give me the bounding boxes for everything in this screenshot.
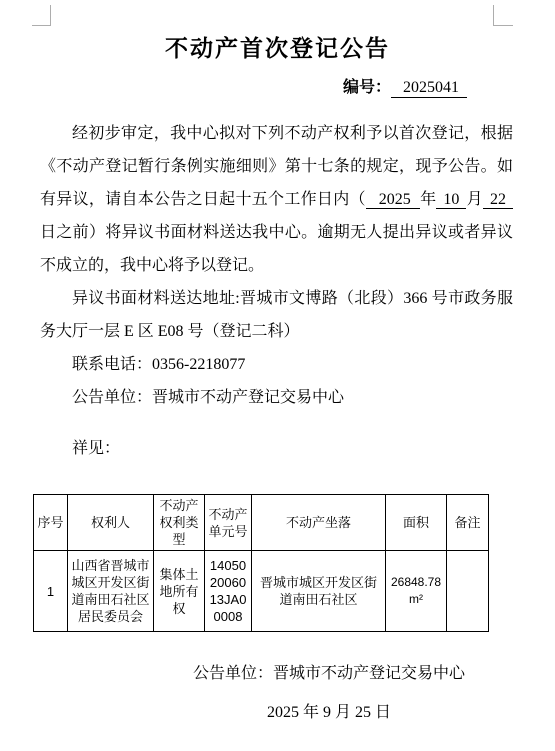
month-unit: 月 <box>466 191 483 208</box>
paragraph-phone: 联系电话：0356-2218077 <box>40 348 513 381</box>
header-note: 备注 <box>447 495 489 551</box>
header-area: 面积 <box>386 495 447 551</box>
paragraph-address: 异议书面材料送达地址:晋城市文博路（北段）366 号市政务服务大厅一层 E 区 … <box>40 282 513 348</box>
header-unit-no: 不动产单元号 <box>205 495 252 551</box>
property-table-wrap: 序号 权利人 不动产权利类型 不动产单元号 不动产坐落 面积 备注 1 山西省晋… <box>33 494 555 632</box>
table-row: 1 山西省晋城市城区开发区街道南田石社区居民委员会 集体土地所有权 140502… <box>34 551 489 632</box>
cell-seq: 1 <box>34 551 68 632</box>
area-unit: m² <box>389 591 443 608</box>
cell-right-type: 集体土地所有权 <box>154 551 205 632</box>
signature-block: 公告单位：晋城市不动产登记交易中心 2025 年 9 月 25 日 <box>193 657 465 729</box>
header-holder: 权利人 <box>68 495 154 551</box>
deadline-year-blank: 2025 <box>366 191 420 209</box>
announcement-page: 不动产首次登记公告 编号：2025041 经初步审定，我中心拟对下列不动产权利予… <box>0 0 555 751</box>
paragraph-main-post: 日之前）将异议书面材料送达我中心。逾期无人提出异议或者异议不成立的，我中心将予以… <box>40 224 513 274</box>
cell-unit-no: 140502006013JA00008 <box>205 551 252 632</box>
cell-area: 26848.78 m² <box>386 551 447 632</box>
deadline-day-blank: 22 <box>483 191 513 209</box>
header-seq: 序号 <box>34 495 68 551</box>
paragraph-unit: 公告单位：晋城市不动产登记交易中心 <box>40 381 513 414</box>
crop-mark-top-right <box>493 5 513 26</box>
signature-date: 2025 年 9 月 25 日 <box>193 696 465 729</box>
doc-number-value: 2025041 <box>391 79 467 98</box>
header-location: 不动产坐落 <box>252 495 386 551</box>
property-table: 序号 权利人 不动产权利类型 不动产单元号 不动产坐落 面积 备注 1 山西省晋… <box>33 494 489 632</box>
cell-holder: 山西省晋城市城区开发区街道南田石社区居民委员会 <box>68 551 154 632</box>
signature-unit: 公告单位：晋城市不动产登记交易中心 <box>193 657 465 690</box>
doc-number-line: 编号：2025041 <box>0 76 555 100</box>
cell-location: 晋城市城区开发区街道南田石社区 <box>252 551 386 632</box>
doc-number-label: 编号： <box>343 79 391 96</box>
year-unit: 年 <box>420 191 437 208</box>
header-right-type: 不动产权利类型 <box>154 495 205 551</box>
cell-note <box>447 551 489 632</box>
page-title: 不动产首次登记公告 <box>0 30 555 63</box>
body-content: 经初步审定，我中心拟对下列不动产权利予以首次登记，根据《不动产登记暂行条例实施细… <box>0 117 555 465</box>
paragraph-main: 经初步审定，我中心拟对下列不动产权利予以首次登记，根据《不动产登记暂行条例实施细… <box>40 117 513 282</box>
deadline-month-blank: 10 <box>436 191 466 209</box>
area-value: 26848.78 <box>389 574 443 591</box>
paragraph-see-below: 祥见： <box>40 432 513 465</box>
table-header-row: 序号 权利人 不动产权利类型 不动产单元号 不动产坐落 面积 备注 <box>34 495 489 551</box>
crop-mark-top-left <box>32 5 51 26</box>
